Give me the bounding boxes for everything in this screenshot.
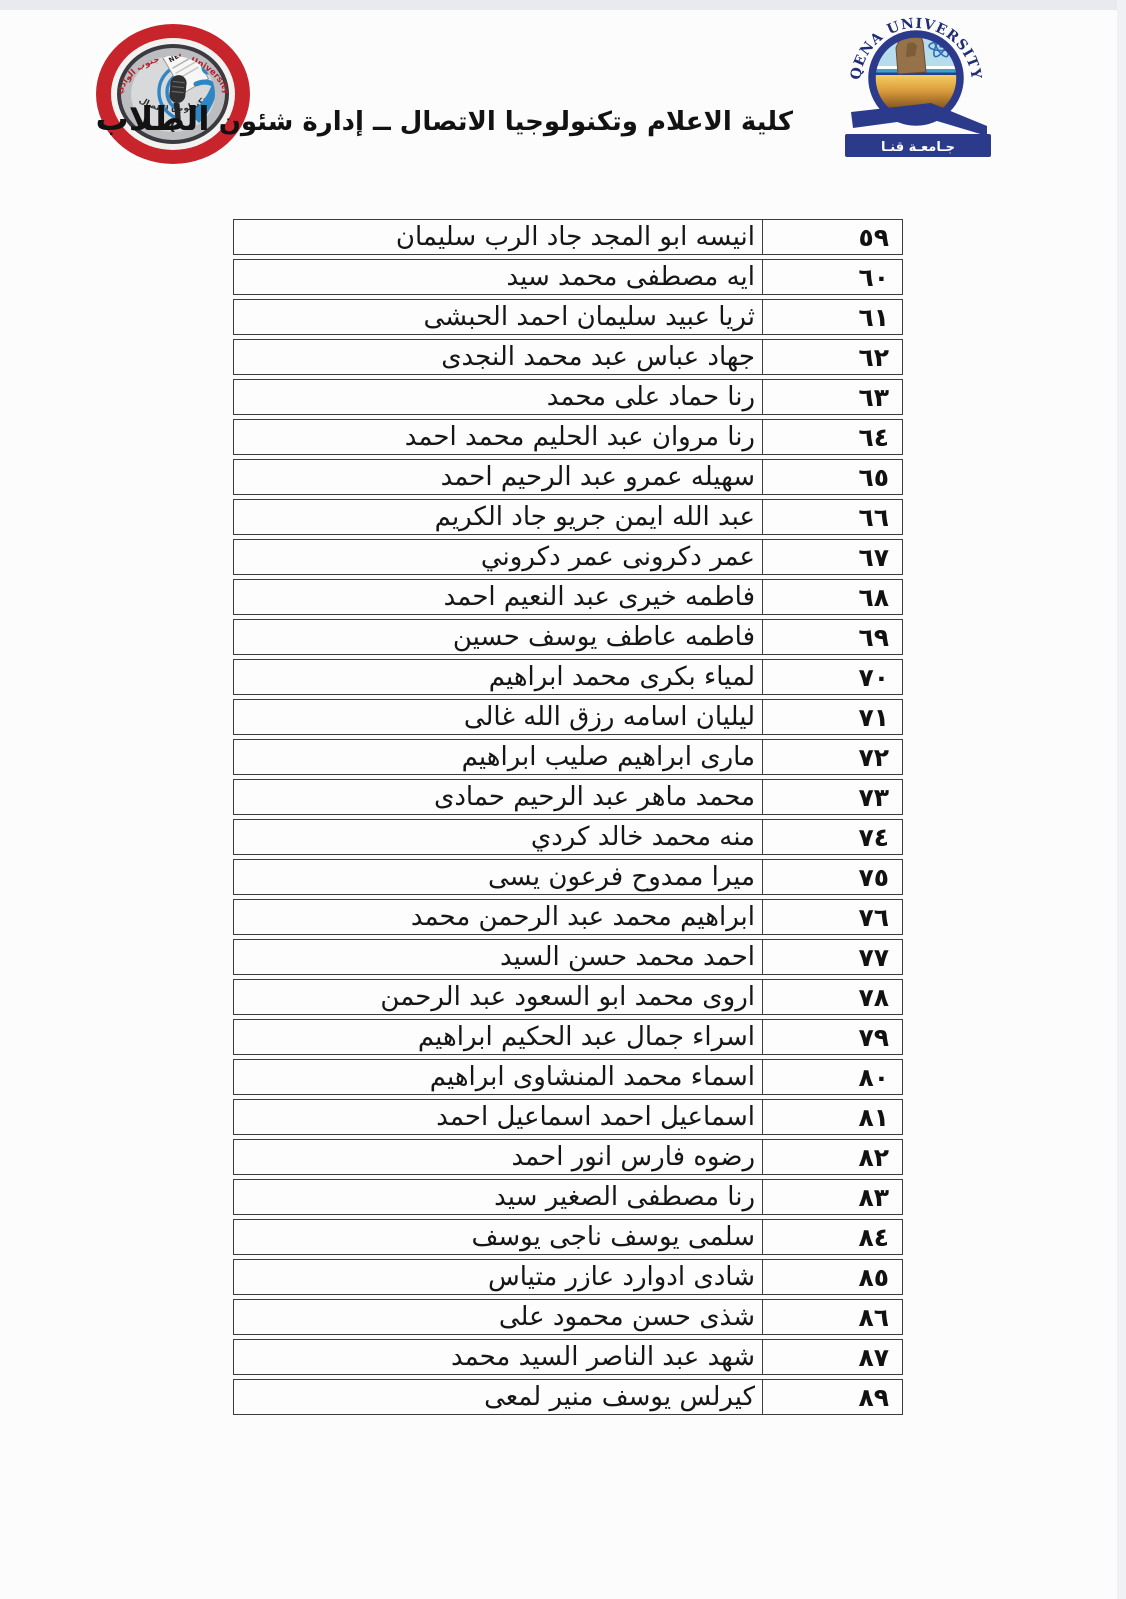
table-row: انيسه ابو المجد جاد الرب سليمان٥٩ (233, 219, 903, 255)
table-row: اسماعيل احمد اسماعيل احمد٨١ (233, 1099, 903, 1135)
serial-number-cell: ٦٤ (762, 420, 902, 454)
page-title: كلية الاعلام وتكنولوجيا الاتصال ــ إدارة… (268, 88, 793, 150)
student-name-cell: رنا مصطفى الصغير سيد (234, 1180, 762, 1214)
table-row: شذى حسن محمود على٨٦ (233, 1299, 903, 1335)
right-edge-strip (1117, 0, 1126, 1599)
table-row: احمد محمد حسن السيد٧٧ (233, 939, 903, 975)
serial-number-cell: ٦١ (762, 300, 902, 334)
serial-number-cell: ٨٢ (762, 1140, 902, 1174)
student-name-cell: مارى ابراهيم صليب ابراهيم (234, 740, 762, 774)
table-row: ابراهيم محمد عبد الرحمن محمد٧٦ (233, 899, 903, 935)
table-row: جهاد عباس عبد محمد النجدى٦٢ (233, 339, 903, 375)
serial-number-cell: ٧٧ (762, 940, 902, 974)
page-title-emphasis: الطلاب (96, 99, 210, 138)
serial-number-cell: ٦٣ (762, 380, 902, 414)
student-name-cell: لمياء بكرى محمد ابراهيم (234, 660, 762, 694)
table-row: ليليان اسامه رزق الله غالى٧١ (233, 699, 903, 735)
qena-university-logo: QENA UNIVERSITY جـامعـة قنـا (841, 6, 993, 164)
table-row: فاطمه خيرى عبد النعيم احمد٦٨ (233, 579, 903, 615)
serial-number-cell: ٨٣ (762, 1180, 902, 1214)
table-row: ميرا ممدوح فرعون يسى٧٥ (233, 859, 903, 895)
serial-number-cell: ٦٢ (762, 340, 902, 374)
student-name-cell: ثريا عبيد سليمان احمد الحبشى (234, 300, 762, 334)
university-banner: جـامعـة قنـا (845, 134, 991, 157)
serial-number-cell: ٦٨ (762, 580, 902, 614)
serial-number-cell: ٦٦ (762, 500, 902, 534)
table-row: شهد عبد الناصر السيد محمد٨٧ (233, 1339, 903, 1375)
student-name-cell: ابراهيم محمد عبد الرحمن محمد (234, 900, 762, 934)
table-row: شادى ادوارد عازر متياس٨٥ (233, 1259, 903, 1295)
student-name-cell: شذى حسن محمود على (234, 1300, 762, 1334)
student-name-cell: عمر دكرونى عمر دكروني (234, 540, 762, 574)
student-name-cell: ليليان اسامه رزق الله غالى (234, 700, 762, 734)
table-row: رضوه فارس انور احمد٨٢ (233, 1139, 903, 1175)
table-row: اروى محمد ابو السعود عبد الرحمن٧٨ (233, 979, 903, 1015)
page-title-main: كلية الاعلام وتكنولوجيا الاتصال ــ إدارة… (219, 107, 793, 137)
scanned-document-page: جامعة جنوب الوادي University تكنولوجيا ا… (0, 0, 1126, 1599)
student-table: انيسه ابو المجد جاد الرب سليمان٥٩ايه مصط… (233, 219, 903, 1419)
serial-number-cell: ٦٠ (762, 260, 902, 294)
serial-number-cell: ٧١ (762, 700, 902, 734)
student-name-cell: رنا حماد على محمد (234, 380, 762, 414)
table-row: منه محمد خالد كردي٧٤ (233, 819, 903, 855)
table-row: رنا حماد على محمد٦٣ (233, 379, 903, 415)
student-name-cell: سلمى يوسف ناجى يوسف (234, 1220, 762, 1254)
student-name-cell: اسراء جمال عبد الحكيم ابراهيم (234, 1020, 762, 1054)
serial-number-cell: ٨٦ (762, 1300, 902, 1334)
table-row: ثريا عبيد سليمان احمد الحبشى٦١ (233, 299, 903, 335)
serial-number-cell: ٨٤ (762, 1220, 902, 1254)
table-row: اسماء محمد المنشاوى ابراهيم٨٠ (233, 1059, 903, 1095)
table-row: عمر دكرونى عمر دكروني٦٧ (233, 539, 903, 575)
serial-number-cell: ٨١ (762, 1100, 902, 1134)
table-row: لمياء بكرى محمد ابراهيم٧٠ (233, 659, 903, 695)
table-row: رنا مصطفى الصغير سيد٨٣ (233, 1179, 903, 1215)
serial-number-cell: ٧٣ (762, 780, 902, 814)
table-row: اسراء جمال عبد الحكيم ابراهيم٧٩ (233, 1019, 903, 1055)
student-name-cell: كيرلس يوسف منير لمعى (234, 1380, 762, 1414)
table-row: مارى ابراهيم صليب ابراهيم٧٢ (233, 739, 903, 775)
serial-number-cell: ٨٩ (762, 1380, 902, 1414)
table-row: سلمى يوسف ناجى يوسف٨٤ (233, 1219, 903, 1255)
serial-number-cell: ٦٩ (762, 620, 902, 654)
student-name-cell: اسماء محمد المنشاوى ابراهيم (234, 1060, 762, 1094)
student-name-cell: ميرا ممدوح فرعون يسى (234, 860, 762, 894)
student-table-body: انيسه ابو المجد جاد الرب سليمان٥٩ايه مصط… (233, 219, 903, 1415)
serial-number-cell: ٨٠ (762, 1060, 902, 1094)
serial-number-cell: ٦٧ (762, 540, 902, 574)
student-name-cell: منه محمد خالد كردي (234, 820, 762, 854)
student-name-cell: انيسه ابو المجد جاد الرب سليمان (234, 220, 762, 254)
student-name-cell: عبد الله ايمن جريو جاد الكريم (234, 500, 762, 534)
serial-number-cell: ٦٥ (762, 460, 902, 494)
table-row: فاطمه عاطف يوسف حسين٦٩ (233, 619, 903, 655)
serial-number-cell: ٧٥ (762, 860, 902, 894)
student-name-cell: رنا مروان عبد الحليم محمد احمد (234, 420, 762, 454)
table-row: عبد الله ايمن جريو جاد الكريم٦٦ (233, 499, 903, 535)
serial-number-cell: ٧٦ (762, 900, 902, 934)
student-name-cell: سهيله عمرو عبد الرحيم احمد (234, 460, 762, 494)
student-name-cell: اسماعيل احمد اسماعيل احمد (234, 1100, 762, 1134)
student-name-cell: شهد عبد الناصر السيد محمد (234, 1340, 762, 1374)
table-row: سهيله عمرو عبد الرحيم احمد٦٥ (233, 459, 903, 495)
banner-text: جـامعـة قنـا (881, 140, 955, 155)
student-name-cell: رضوه فارس انور احمد (234, 1140, 762, 1174)
serial-number-cell: ٨٧ (762, 1340, 902, 1374)
serial-number-cell: ٧٤ (762, 820, 902, 854)
student-name-cell: فاطمه خيرى عبد النعيم احمد (234, 580, 762, 614)
serial-number-cell: ٧٢ (762, 740, 902, 774)
student-name-cell: فاطمه عاطف يوسف حسين (234, 620, 762, 654)
serial-number-cell: ٨٥ (762, 1260, 902, 1294)
table-row: محمد ماهر عبد الرحيم حمادى٧٣ (233, 779, 903, 815)
student-name-cell: محمد ماهر عبد الرحيم حمادى (234, 780, 762, 814)
serial-number-cell: ٧٨ (762, 980, 902, 1014)
serial-number-cell: ٥٩ (762, 220, 902, 254)
student-name-cell: جهاد عباس عبد محمد النجدى (234, 340, 762, 374)
student-name-cell: شادى ادوارد عازر متياس (234, 1260, 762, 1294)
student-name-cell: اروى محمد ابو السعود عبد الرحمن (234, 980, 762, 1014)
serial-number-cell: ٧٩ (762, 1020, 902, 1054)
table-row: ايه مصطفى محمد سيد٦٠ (233, 259, 903, 295)
table-row: رنا مروان عبد الحليم محمد احمد٦٤ (233, 419, 903, 455)
table-row: كيرلس يوسف منير لمعى٨٩ (233, 1379, 903, 1415)
student-name-cell: ايه مصطفى محمد سيد (234, 260, 762, 294)
serial-number-cell: ٧٠ (762, 660, 902, 694)
student-name-cell: احمد محمد حسن السيد (234, 940, 762, 974)
